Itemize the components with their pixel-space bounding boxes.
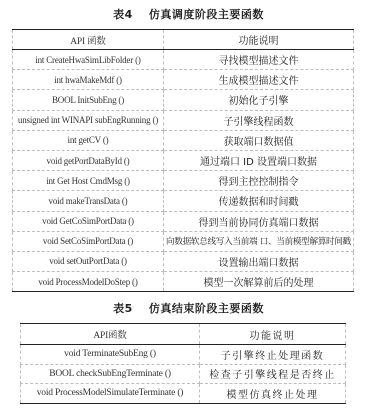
table-row: int getCV ()获取端口数据值 xyxy=(13,130,354,150)
table-row: int Get Host CmdMsg ()得到主控控制指令 xyxy=(13,171,354,191)
description-cell: 子引擎线程函数 xyxy=(164,110,354,130)
table5: API函数 功能说明 void TerminateSubEng ()子引擎终止处… xyxy=(20,323,346,404)
api-cell: void SetCoSimPortData () xyxy=(13,231,164,251)
api-cell: void setOutPortData () xyxy=(13,251,164,271)
description-cell: 得到当前协同仿真端口数据 xyxy=(164,211,354,231)
table-row: BOOL checkSubEngTerminate ()检查子引擎线程是否终止 xyxy=(21,364,346,384)
table-header-row: API函数 功能说明 xyxy=(21,324,346,345)
api-cell: BOOL InitSubEng () xyxy=(13,90,164,110)
table5-caption: 表5仿真结束阶段主要函数 xyxy=(0,300,377,316)
description-cell: 生成模型描述文件 xyxy=(164,70,354,90)
table4-caption-number: 表4 xyxy=(113,8,133,21)
api-cell: int Get Host CmdMsg () xyxy=(13,171,164,191)
api-cell: void ProcessModelSimulateTerminate () xyxy=(21,384,200,404)
api-cell: void GetCoSimPortData () xyxy=(13,211,164,231)
api-cell: unsigned int WINAPI subEngRunning () xyxy=(13,110,164,130)
table-row: void makeTransData ()传递数据和时间戳 xyxy=(13,191,354,211)
description-cell: 检查子引擎线程是否终止 xyxy=(200,364,346,384)
table-row: void GetCoSimPortData ()得到当前协同仿真端口数据 xyxy=(13,211,354,231)
api-cell: BOOL checkSubEngTerminate () xyxy=(21,364,200,384)
table-row: void setOutPortData ()设置输出端口数据 xyxy=(13,251,354,271)
column-header-api: API 函数 xyxy=(13,30,164,50)
api-cell: void getPortDataById () xyxy=(13,150,164,170)
column-header-api: API函数 xyxy=(21,324,200,345)
table4-caption-title: 仿真调度阶段主要函数 xyxy=(149,8,264,21)
api-cell: void makeTransData () xyxy=(13,191,164,211)
description-cell: 传递数据和时间戳 xyxy=(164,191,354,211)
table4: API 函数 功能说明 int CreateHwaSimLibFolder ()… xyxy=(12,29,354,292)
table-row: unsigned int WINAPI subEngRunning ()子引擎线… xyxy=(13,110,354,130)
column-header-description: 功能说明 xyxy=(200,324,346,345)
api-cell: void TerminateSubEng () xyxy=(21,345,200,365)
table-row: int CreateHwaSimLibFolder ()寻找模型描述文件 xyxy=(13,50,354,70)
column-header-description: 功能说明 xyxy=(164,30,354,50)
table-row: void ProcessModelDoStep ()模型一次解算前后的处理 xyxy=(13,272,354,292)
table-row: void SetCoSimPortData ()向数据软总线写入当前端 口、当前… xyxy=(13,231,354,251)
description-cell: 设置输出端口数据 xyxy=(164,251,354,271)
api-cell: int hwaMakeMdf () xyxy=(13,70,164,90)
table5-caption-title: 仿真结束阶段主要函数 xyxy=(149,302,264,315)
table-header-row: API 函数 功能说明 xyxy=(13,30,354,50)
api-cell: void ProcessModelDoStep () xyxy=(13,272,164,292)
table5-caption-number: 表5 xyxy=(113,302,133,315)
table-row: void getPortDataById ()通过端口 ID 设置端口数据 xyxy=(13,150,354,170)
description-cell: 寻找模型描述文件 xyxy=(164,50,354,70)
description-cell: 通过端口 ID 设置端口数据 xyxy=(164,150,354,170)
description-cell: 初始化子引擎 xyxy=(164,90,354,110)
table4-caption: 表4仿真调度阶段主要函数 xyxy=(0,6,377,22)
description-cell: 获取端口数据值 xyxy=(164,130,354,150)
table-row: int hwaMakeMdf ()生成模型描述文件 xyxy=(13,70,354,90)
description-cell: 向数据软总线写入当前端 口、当前模型解算时间戳 xyxy=(164,231,354,251)
api-cell: int CreateHwaSimLibFolder () xyxy=(13,50,164,70)
table-row: BOOL InitSubEng ()初始化子引擎 xyxy=(13,90,354,110)
description-cell: 子引擎终止处理函数 xyxy=(200,345,346,365)
table-row: void ProcessModelSimulateTerminate ()模型仿… xyxy=(21,384,346,404)
table-row: void TerminateSubEng ()子引擎终止处理函数 xyxy=(21,345,346,365)
description-cell: 模型一次解算前后的处理 xyxy=(164,272,354,292)
description-cell: 得到主控控制指令 xyxy=(164,171,354,191)
api-cell: int getCV () xyxy=(13,130,164,150)
description-cell: 模型仿真终止处理 xyxy=(200,384,346,404)
